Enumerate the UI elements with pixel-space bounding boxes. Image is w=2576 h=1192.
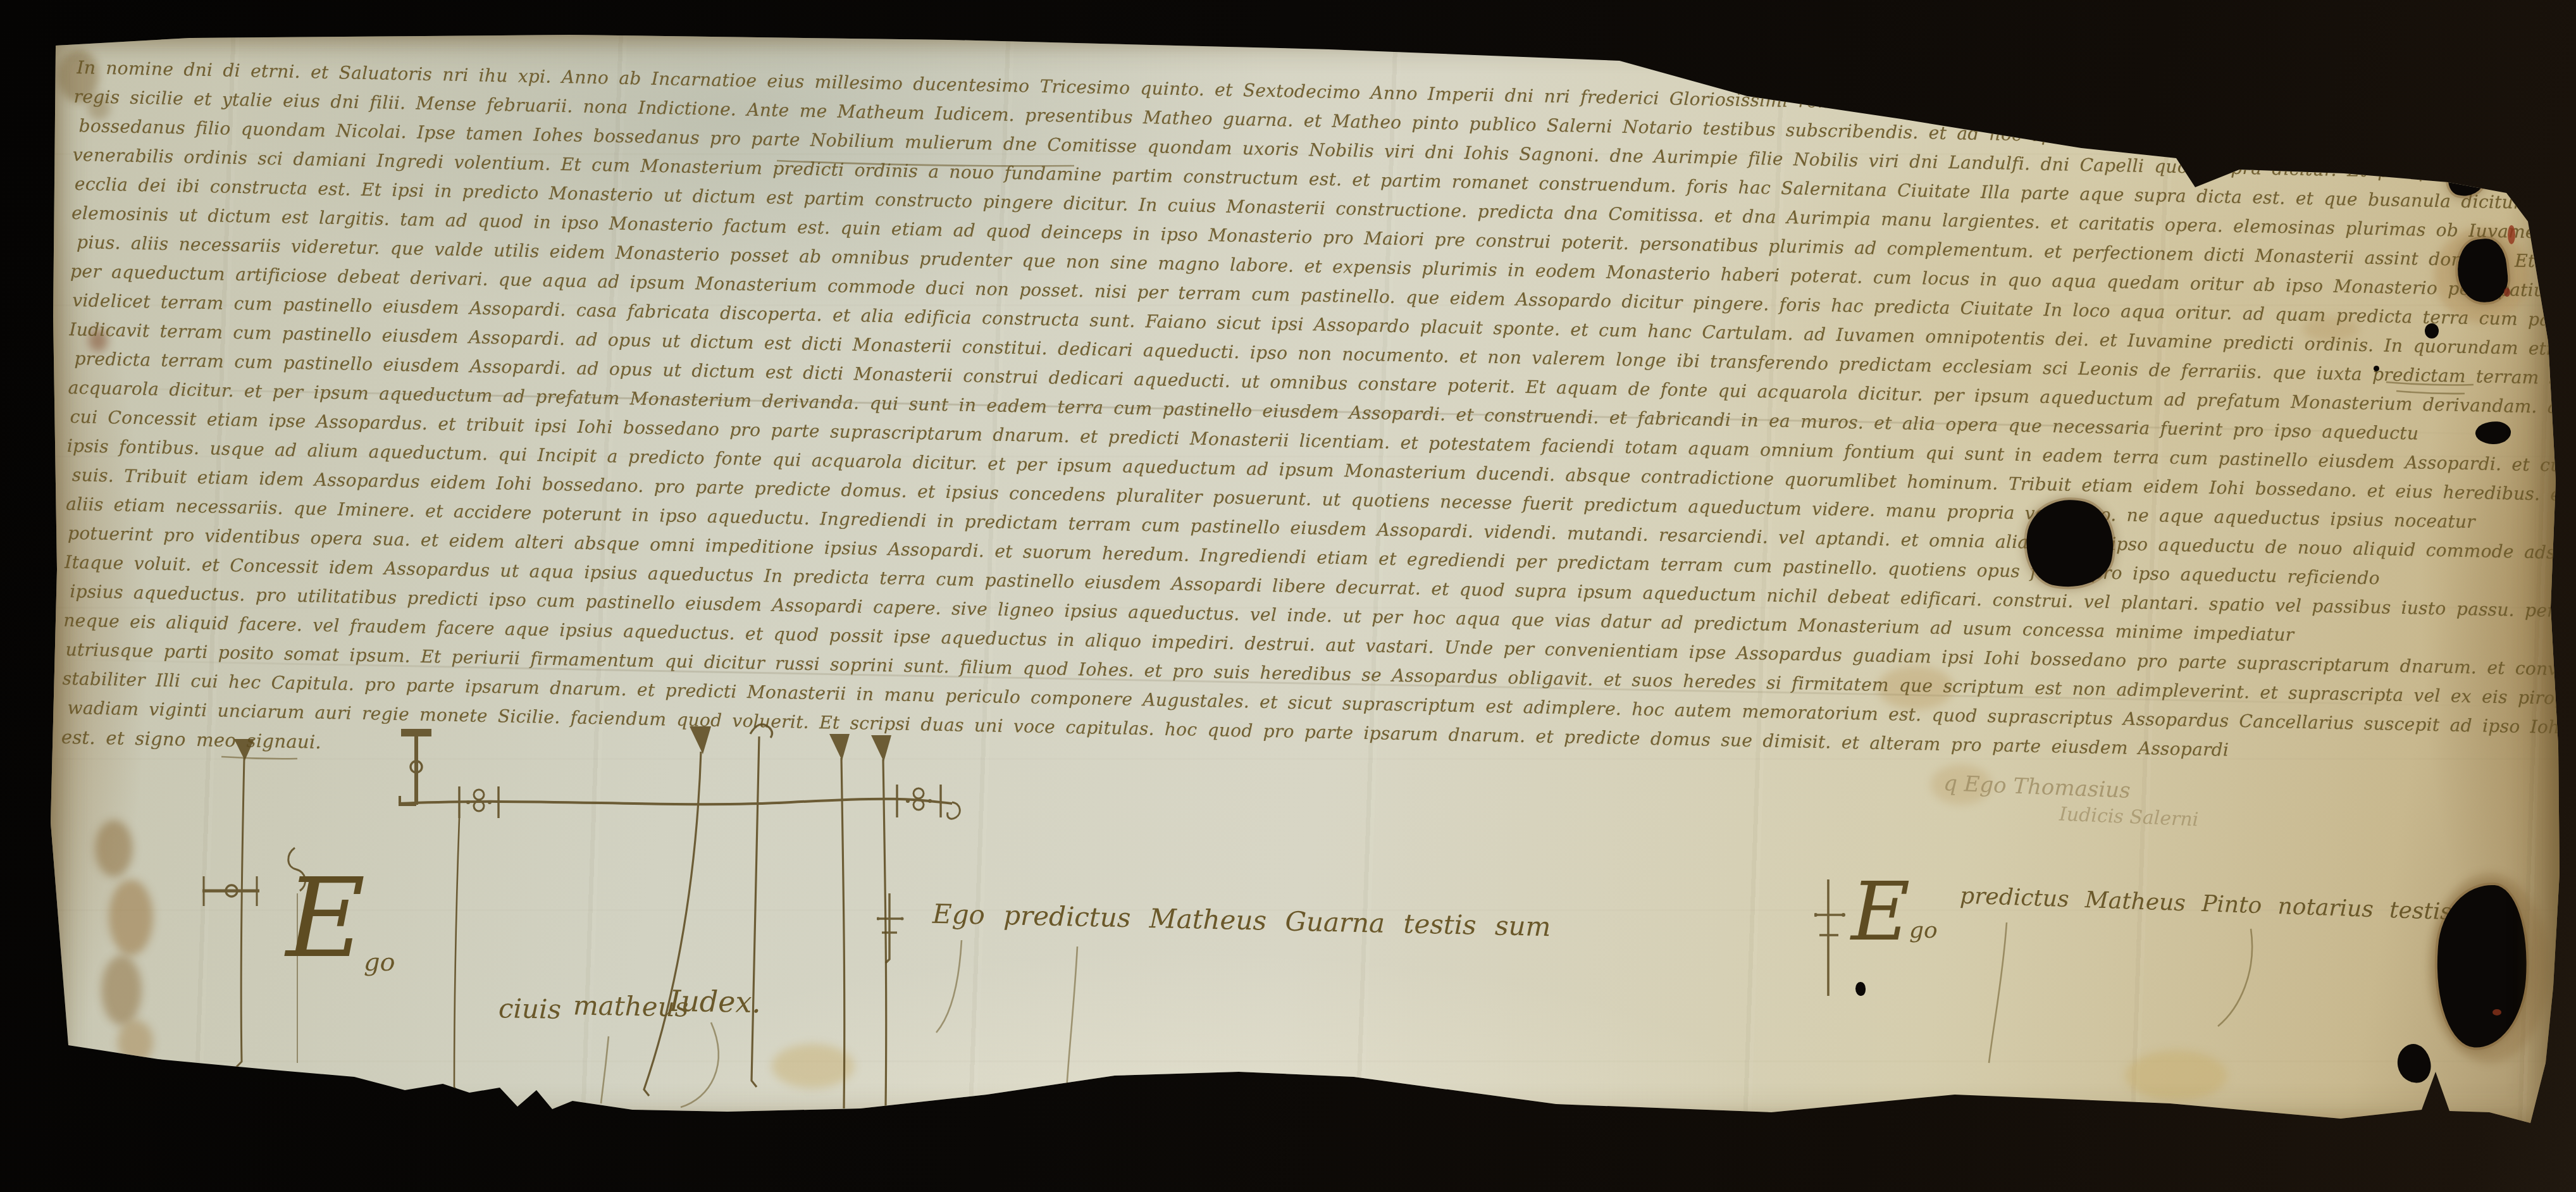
stain: [118, 1020, 153, 1064]
signature-matheus-guarna: Ego predictus Matheus Guarna testis sum: [932, 898, 1551, 942]
stain: [2126, 1050, 2227, 1101]
stain: [95, 820, 133, 877]
parchment-hole: [1855, 982, 1866, 996]
wax-speck: [2517, 158, 2523, 175]
signature-initial: E: [1851, 872, 1910, 953]
parchment-hole: [2394, 1041, 2434, 1086]
witness-cross-icon: [1814, 879, 1846, 1001]
stain: [109, 879, 153, 955]
parchment-charter: In nomine dni di etrni. et Saluatoris nr…: [43, 24, 2562, 1136]
signature-initial: E: [286, 864, 366, 973]
signature-ligature: go: [1909, 917, 1938, 943]
signature-word: Iudex.: [669, 984, 762, 1020]
wax-speck: [2492, 1009, 2501, 1015]
charter-text-block: In nomine dni di etrni. et Saluatoris nr…: [61, 53, 2491, 798]
signature-word: ciuis: [498, 993, 562, 1025]
signature-ligature: go: [364, 948, 395, 977]
stain: [101, 955, 142, 1025]
notary-fragment: Iudicis Salerni: [2059, 804, 2199, 831]
witness-cross-icon: [877, 893, 905, 964]
stain: [772, 1044, 854, 1088]
signature-matheus-pinto: predictus Matheus Pinto notarius testis …: [1960, 883, 2517, 927]
photo-backdrop: In nomine dni di etrni. et Saluatoris nr…: [0, 0, 2576, 1192]
